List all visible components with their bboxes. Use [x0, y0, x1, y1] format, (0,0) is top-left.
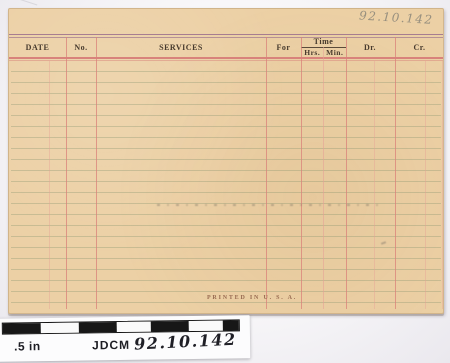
horizontal-ruling — [11, 61, 441, 307]
scale-increment-label: .5 in — [14, 339, 41, 353]
scale-bar-segment — [3, 323, 41, 334]
column-header-services: SERVICES — [96, 37, 266, 57]
column-header-cr: Cr. — [394, 37, 445, 57]
no-services-divider-line — [96, 37, 97, 309]
scale-bar-segment — [41, 323, 79, 334]
right-margin-line — [442, 61, 443, 309]
printed-in-usa-note: PRINTED IN U. S. A. — [197, 295, 307, 301]
column-header-no: No. — [66, 37, 96, 57]
scale-bar-segment — [189, 321, 223, 331]
dr-cr-divider-line — [395, 37, 396, 309]
for-time-divider-line — [301, 37, 302, 309]
dr-cents-line — [374, 61, 375, 309]
date-no-divider-line — [66, 37, 67, 309]
header-top-rule — [9, 34, 443, 35]
handwritten-catalog-number: 92.10.142 — [134, 330, 239, 354]
faint-pencil-smudge — [157, 204, 382, 206]
museum-code-label: JDCM — [92, 338, 130, 353]
scale-bar-segment — [79, 322, 117, 333]
column-header-dr: Dr. — [346, 37, 394, 57]
cr-cents-line — [425, 61, 426, 309]
scale-bar-segment — [117, 322, 151, 332]
pencil-catalog-number: 92.10.142 — [359, 8, 444, 27]
photographic-scale-card: .5 in JDCM 92.10.142 — [0, 315, 250, 362]
column-header-hrs: Hrs. — [301, 48, 324, 58]
column-header-min: Min. — [324, 48, 347, 58]
scale-bar-segment — [151, 321, 189, 332]
ledger-card: 92.10.142 DATE No. SERVICES For Time Hrs… — [8, 8, 444, 314]
services-for-divider-line — [266, 37, 267, 309]
column-header-for: For — [266, 37, 301, 57]
column-header-time-label: Time — [301, 37, 346, 48]
column-header-date: DATE — [9, 37, 66, 57]
header-bottom-rule — [9, 57, 443, 59]
hrs-min-divider-line — [323, 47, 324, 309]
museum-photo: 92.10.142 DATE No. SERVICES For Time Hrs… — [0, 0, 450, 363]
date-subdivider-line — [49, 61, 50, 309]
column-header-row: DATE No. SERVICES For Time Hrs. Min. Dr.… — [9, 37, 445, 57]
time-dr-divider-line — [346, 37, 347, 309]
